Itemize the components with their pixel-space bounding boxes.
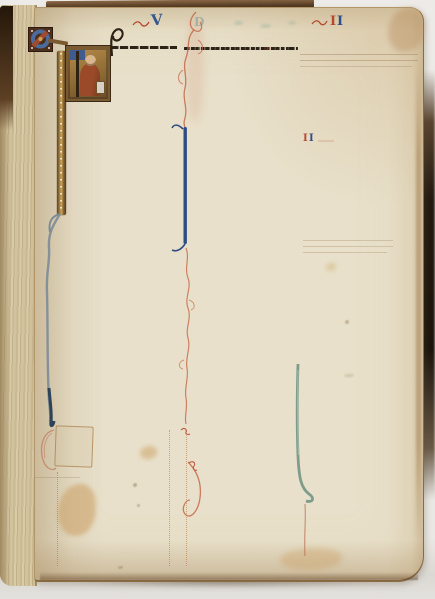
chapter-numeral-stroke: I [303, 134, 308, 144]
page-bottom-edge [40, 572, 418, 580]
illuminated-border-bar [57, 51, 66, 215]
ruling-line-dotted [186, 430, 187, 566]
folio-numeral-stroke: I [337, 15, 343, 28]
miniature-altar-object [96, 81, 105, 94]
folio-numeral-stroke: I [330, 15, 336, 28]
historiated-initial-miniature [66, 46, 110, 101]
text-column-left [78, 46, 177, 426]
miniature-figure-head [85, 55, 96, 66]
text-line [184, 47, 284, 50]
ruling-line [303, 252, 387, 253]
chapter-numeral-stroke: I [309, 134, 314, 144]
ruling-line [303, 240, 393, 241]
ruling-line [300, 66, 412, 67]
offset-rectangle-mark [54, 425, 93, 467]
ruling-line [300, 54, 418, 55]
text-column-right [184, 47, 298, 429]
miniature-staff [76, 51, 79, 97]
manuscript-photo: V D I I I I [0, 0, 435, 599]
ruling-line [300, 60, 418, 61]
binding-corner [0, 6, 13, 130]
running-header-ghost-letter: D [194, 16, 204, 28]
ruling-line-dotted [169, 430, 170, 566]
page-right-edge [416, 60, 421, 540]
running-header-letter: V [150, 13, 163, 29]
ruling-line [303, 246, 393, 247]
